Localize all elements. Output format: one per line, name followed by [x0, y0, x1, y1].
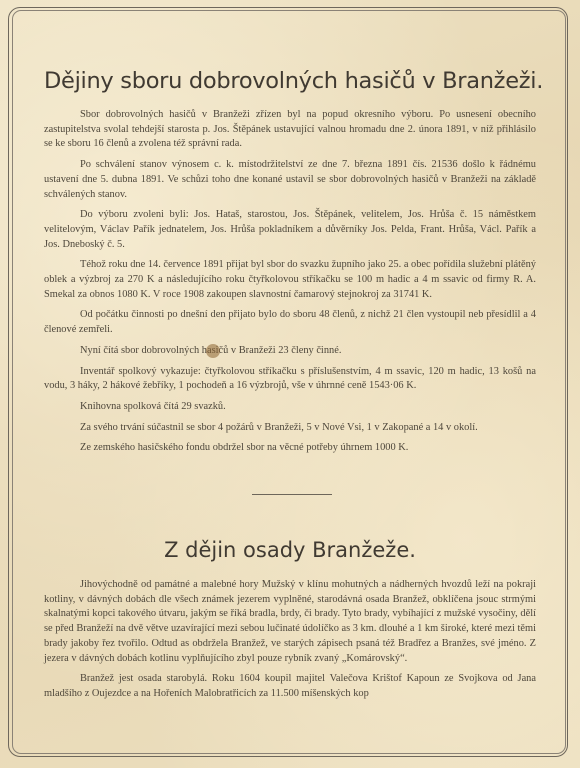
paragraph: Jihovýchodně od památné a malebné hory M…: [44, 578, 536, 666]
section2-body: Jihovýchodně od památné a malebné hory M…: [44, 578, 536, 708]
paper-stain: [206, 344, 220, 358]
section-divider: [252, 494, 332, 495]
section1-body: Sbor dobrovolných hasičů v Branžeži zříz…: [44, 108, 536, 462]
paragraph: Po schválení stanov výnosem c. k. místod…: [44, 158, 536, 202]
paragraph: Téhož roku dne 14. července 1891 přijat …: [44, 258, 536, 302]
section1-title: Dějiny sboru dobrovolných hasičů v Branž…: [44, 68, 536, 94]
paragraph: Od počátku činnosti po dnešní den přijat…: [44, 308, 536, 337]
paragraph: Sbor dobrovolných hasičů v Branžeži zříz…: [44, 108, 536, 152]
paragraph: Ze zemského hasičského fondu obdržel sbo…: [44, 441, 536, 456]
paragraph: Knihovna spolková čítá 29 svazků.: [44, 400, 536, 415]
section2-title: Z dějin osady Branžeže.: [44, 538, 536, 562]
paragraph: Branžež jest osada starobylá. Roku 1604 …: [44, 672, 536, 701]
paragraph: Do výboru zvoleni byli: Jos. Hataš, star…: [44, 208, 536, 252]
paragraph: Inventář spolkový vykazuje: čtyřkolovou …: [44, 365, 536, 394]
paragraph: Nyní čítá sbor dobrovolných hasičů v Bra…: [44, 344, 536, 359]
paragraph: Za svého trvání súčastnil se sbor 4 požá…: [44, 421, 536, 436]
